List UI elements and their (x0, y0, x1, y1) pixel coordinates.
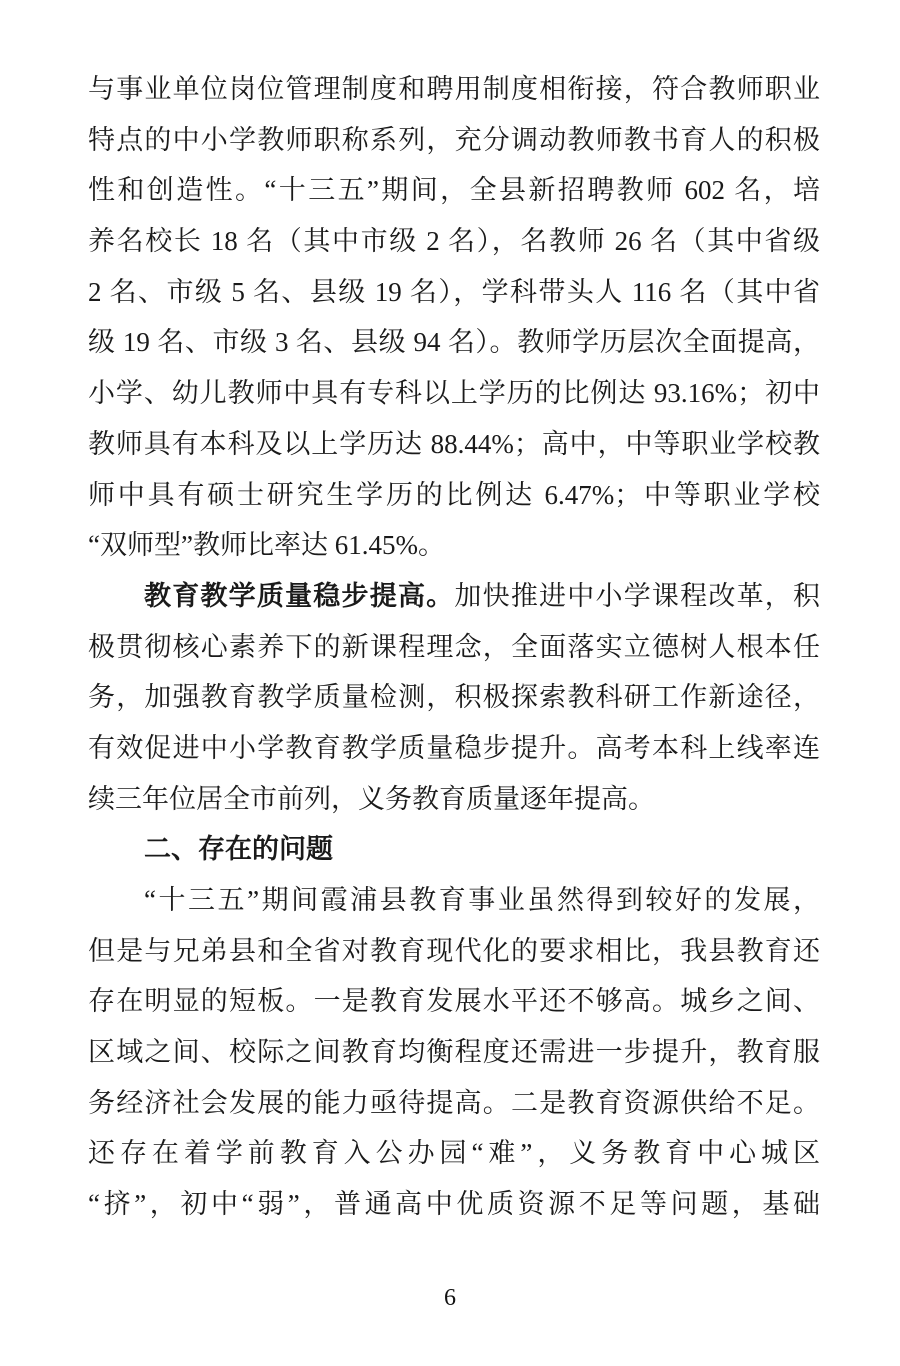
body-line: 性和创造性。“十三五”期间，全县新招聘教师 602 名，培 (88, 165, 820, 216)
body-line: 区域之间、校际之间教育均衡程度还需进一步提升，教育服 (88, 1027, 820, 1078)
text-run: 加快推进中小学课程改革，积 (454, 581, 820, 611)
body-line: 小学、幼儿教师中具有专科以上学历的比例达 93.16%；初中 (88, 368, 820, 419)
text-run: “挤”，初中“弱”，普通高中优质资源不足等问题，基础 (88, 1189, 820, 1219)
text-run: 有效促进中小学教育教学质量稳步提升。高考本科上线率连 (88, 733, 820, 763)
text-run: 养名校长 18 名（其中市级 2 名），名教师 26 名（其中省级 (88, 226, 820, 256)
body-line: 有效促进中小学教育教学质量稳步提升。高考本科上线率连 (88, 723, 820, 774)
body-line: “双师型”教师比率达 61.45%。 (88, 520, 820, 571)
body-line: 特点的中小学教师职称系列，充分调动教师教书育人的积极 (88, 115, 820, 166)
text-run: 务，加强教育教学质量检测，积极探索教科研工作新途径， (88, 682, 820, 712)
body-line: 教师具有本科及以上学历达 88.44%；高中，中等职业学校教 (88, 419, 820, 470)
body-line: “挤”，初中“弱”，普通高中优质资源不足等问题，基础 (88, 1179, 820, 1230)
body-line: 极贯彻核心素养下的新课程理念，全面落实立德树人根本任 (88, 622, 820, 673)
text-run: 师中具有硕士研究生学历的比例达 6.47%；中等职业学校 (88, 480, 820, 510)
text-run: 小学、幼儿教师中具有专科以上学历的比例达 93.16%；初中 (88, 378, 820, 408)
text-run: 级 19 名、市级 3 名、县级 94 名）。教师学历层次全面提高， (88, 327, 820, 357)
text-run: 2 名、市级 5 名、县级 19 名），学科带头人 116 名（其中省 (88, 277, 820, 307)
body-line: 还存在着学前教育入公办园“难”，义务教育中心城区 (88, 1128, 820, 1179)
body-line: 教育教学质量稳步提高。加快推进中小学课程改革，积 (88, 571, 820, 622)
text-run: “双师型”教师比率达 61.45%。 (88, 530, 445, 560)
body-line: 与事业单位岗位管理制度和聘用制度相衔接，符合教师职业 (88, 64, 820, 115)
document-body: 与事业单位岗位管理制度和聘用制度相衔接，符合教师职业特点的中小学教师职称系列，充… (88, 64, 820, 1230)
body-line: 务，加强教育教学质量检测，积极探索教科研工作新途径， (88, 672, 820, 723)
bold-text-run: 二、存在的问题 (144, 834, 333, 864)
body-line: 2 名、市级 5 名、县级 19 名），学科带头人 116 名（其中省 (88, 267, 820, 318)
body-line: 养名校长 18 名（其中市级 2 名），名教师 26 名（其中省级 (88, 216, 820, 267)
text-run: “十三五”期间霞浦县教育事业虽然得到较好的发展， (144, 885, 820, 915)
text-run: 教师具有本科及以上学历达 88.44%；高中，中等职业学校教 (88, 429, 820, 459)
text-run: 极贯彻核心素养下的新课程理念，全面落实立德树人根本任 (88, 632, 820, 662)
body-line: 级 19 名、市级 3 名、县级 94 名）。教师学历层次全面提高， (88, 317, 820, 368)
body-line: 师中具有硕士研究生学历的比例达 6.47%；中等职业学校 (88, 470, 820, 521)
body-line: “十三五”期间霞浦县教育事业虽然得到较好的发展， (88, 875, 820, 926)
document-page: 与事业单位岗位管理制度和聘用制度相衔接，符合教师职业特点的中小学教师职称系列，充… (0, 0, 900, 1366)
body-line: 存在明显的短板。一是教育发展水平还不够高。城乡之间、 (88, 976, 820, 1027)
body-line: 务经济社会发展的能力亟待提高。二是教育资源供给不足。 (88, 1078, 820, 1129)
text-run: 性和创造性。“十三五”期间，全县新招聘教师 602 名，培 (88, 175, 820, 205)
text-run: 还存在着学前教育入公办园“难”，义务教育中心城区 (88, 1138, 820, 1168)
text-run: 与事业单位岗位管理制度和聘用制度相衔接，符合教师职业 (88, 74, 820, 104)
body-line: 续三年位居全市前列，义务教育质量逐年提高。 (88, 774, 820, 825)
body-line: 但是与兄弟县和全省对教育现代化的要求相比，我县教育还 (88, 926, 820, 977)
text-run: 区域之间、校际之间教育均衡程度还需进一步提升，教育服 (88, 1037, 820, 1067)
text-run: 务经济社会发展的能力亟待提高。二是教育资源供给不足。 (88, 1088, 820, 1118)
text-run: 特点的中小学教师职称系列，充分调动教师教书育人的积极 (88, 125, 820, 155)
text-run: 续三年位居全市前列，义务教育质量逐年提高。 (88, 784, 655, 814)
text-run: 存在明显的短板。一是教育发展水平还不够高。城乡之间、 (88, 986, 820, 1016)
section-heading: 二、存在的问题 (88, 824, 820, 875)
text-run: 但是与兄弟县和全省对教育现代化的要求相比，我县教育还 (88, 936, 820, 966)
page-number: 6 (0, 1285, 900, 1312)
bold-text-run: 教育教学质量稳步提高。 (144, 581, 454, 611)
